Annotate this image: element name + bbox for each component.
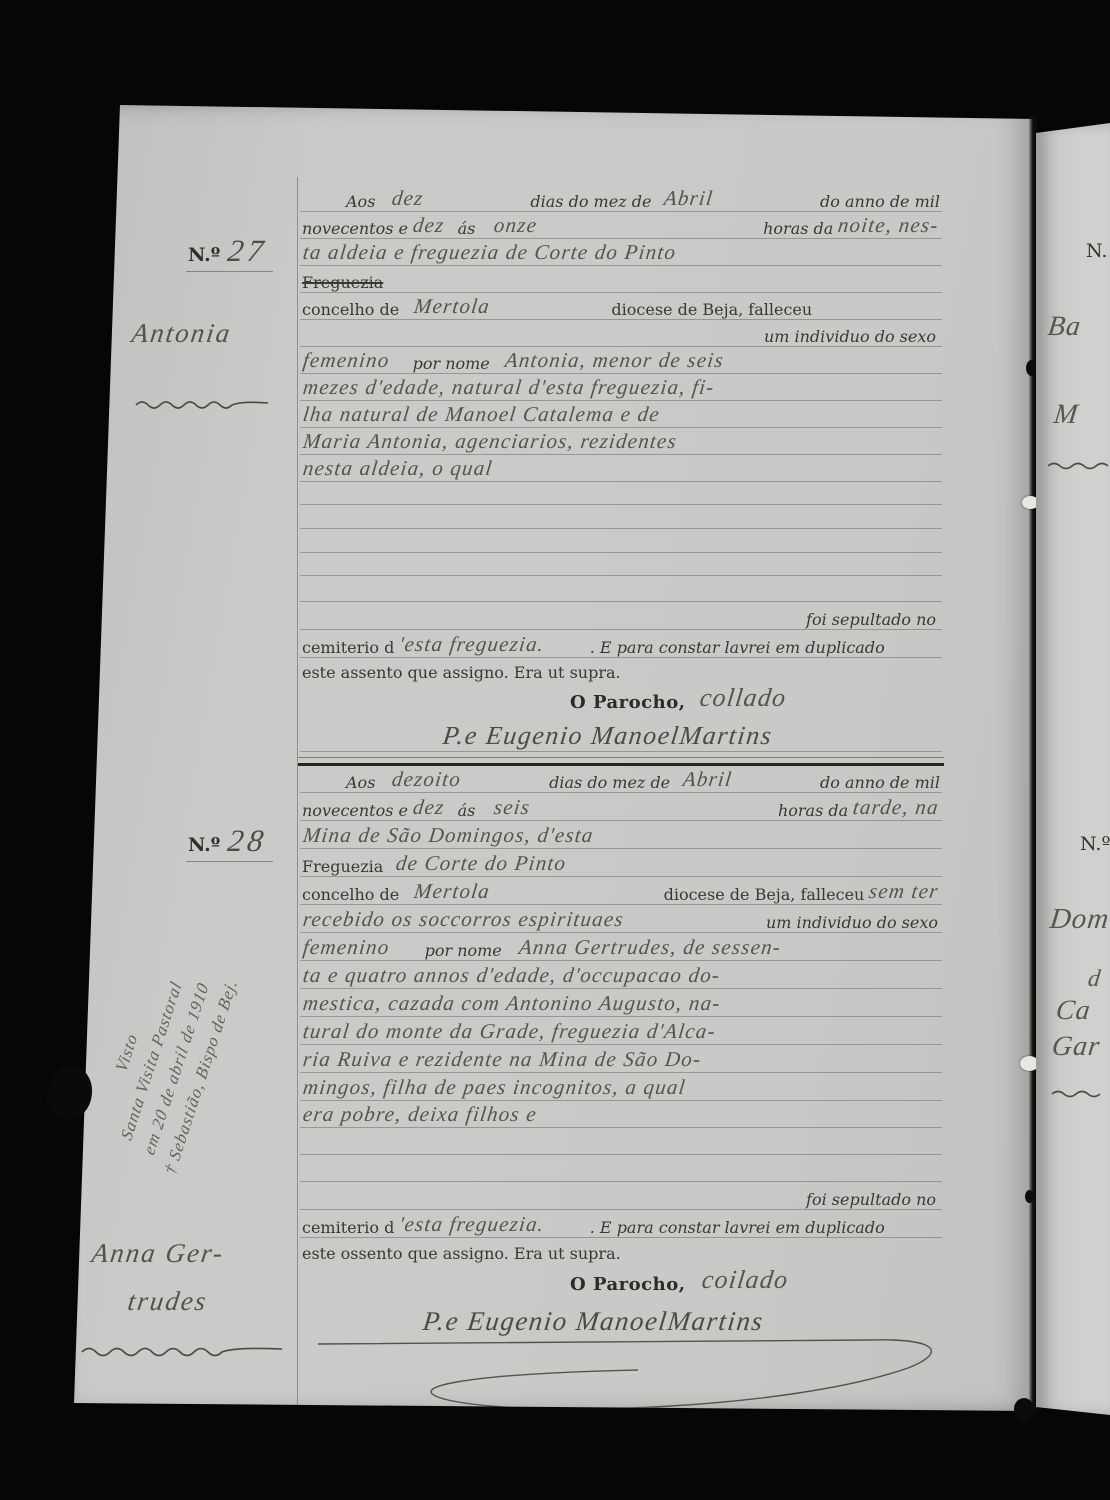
hw-desc4: Maria Antonia, agenciarios, rezidentes (298, 429, 681, 454)
printed-aos: Aos (344, 773, 377, 792)
register-left-page: N.º27 Antonia Aos dez dias do mez de Abr… (68, 105, 1035, 1411)
blank-ruled-line (300, 504, 942, 529)
blank-ruled-line (300, 480, 942, 505)
r27-line-assento: este assento que assigno. Era ut supra. (300, 654, 942, 682)
hw-parocho-note: collado (696, 683, 792, 713)
hw-desc7: era pobre, deixa filhos e (298, 1102, 541, 1127)
hw-month: Abril (679, 767, 737, 792)
margin-rule (297, 177, 298, 1413)
hw-cemiterio: 'esta freguezia. (395, 1212, 549, 1237)
printed-mez: dias do mez de (547, 773, 672, 792)
printed-novecentos: novecentos e (300, 219, 410, 238)
blank-ruled-line (300, 1126, 942, 1155)
r28-line-parocho: O Parocho, coilado (300, 1261, 942, 1295)
printed-freguezia-struck: Freguezia (300, 273, 385, 292)
record28-number: N.º28 (186, 823, 273, 862)
signature-flourish (308, 1330, 948, 1425)
hw-freguezia: de Corte do Pinto (392, 851, 571, 876)
blank-ruled-line (300, 575, 942, 602)
r27-line-place: ta aldeia e freguezia de Corte do Pinto (300, 237, 942, 266)
r28-line-place: Mina de São Domingos, d'esta (300, 820, 942, 849)
hw-desc3: lha natural de Manoel Catalema e de (298, 402, 664, 427)
record-number-label: N.º (188, 244, 220, 266)
margin-name-fragment: Dom (1048, 903, 1110, 936)
r28-line-desc6: mingos, filha de paes incognitos, a qual (300, 1072, 942, 1101)
r28-line-desc7: era pobre, deixa filhos e (300, 1099, 942, 1128)
hw-desc3: mestica, cazada com Antonino Augusto, na… (298, 991, 725, 1016)
hw-hour: onze (490, 213, 542, 238)
printed-parocho: O Parocho, (568, 692, 687, 713)
printed-sexo: um individuo do sexo (764, 913, 942, 932)
hw-hour: seis (490, 795, 535, 820)
hw-day: dez (388, 186, 429, 211)
hw-desc2: ta e quatro annos d'edade, d'occupacao d… (298, 963, 724, 988)
printed-parocho: O Parocho, (568, 1274, 687, 1295)
scanned-register-photo: N.º27 Antonia Aos dez dias do mez de Abr… (0, 0, 1110, 1500)
r27-line-sepultado: foi sepultado no (300, 601, 942, 630)
hw-concelho: Mertola (410, 879, 495, 904)
r27-line-desc4: Maria Antonia, agenciarios, rezidentes (300, 426, 942, 455)
hw-year: dez (408, 795, 449, 820)
r27-line-signature: P.e Eugenio ManoelMartins (300, 713, 942, 752)
r27-line-freguezia: Freguezia (300, 264, 942, 293)
pastoral-visit-margin-note: Visto Santa Visita Pastoral em 20 de abr… (53, 858, 283, 1273)
printed-novecentos: novecentos e (300, 801, 410, 820)
printed-as: ás (456, 801, 478, 820)
record27-number: N.º27 (186, 233, 273, 272)
r28-line-socorros: recebido os soccorros espirituaes um ind… (300, 904, 942, 933)
margin-name-fragment: M (1052, 399, 1080, 431)
r27-line-nome: femenino por nome Antonia, menor de seis (300, 345, 942, 374)
printed-concelho: concelho de (300, 885, 401, 904)
hw-month: Abril (660, 186, 718, 211)
flourish-squiggle (134, 397, 274, 409)
r28-line-assento: este ossento que assigno. Era ut supra. (300, 1235, 942, 1263)
r28-line-hour: novecentos e dez ás seis horas da tarde,… (300, 792, 942, 821)
record28-margin-name-1: Anna Ger- (90, 1238, 227, 1269)
r28-line-desc3: mestica, cazada com Antonino Augusto, na… (300, 988, 942, 1017)
flourish-squiggle (1050, 1087, 1110, 1099)
printed-por-nome: por nome (411, 354, 492, 373)
hw-falleceu-note: sem ter (865, 879, 944, 904)
printed-mez: dias do mez de (528, 192, 653, 211)
r28-line-cemiterio: cemiterio d 'esta freguezia. . E para co… (300, 1209, 942, 1238)
printed-diocese: diocese de Beja, falleceu (609, 300, 814, 319)
record-number-value: 28 (226, 823, 270, 859)
hw-desc1: Anna Gertrudes, de sessen- (514, 935, 785, 960)
printed-anno: do anno de mil (818, 773, 942, 792)
flourish-squiggle (80, 1343, 295, 1357)
binding-stitch (1025, 1190, 1034, 1203)
record28-margin-name-2: trudes (126, 1286, 210, 1317)
printed-concelho: concelho de (300, 300, 401, 319)
hw-desc1: Antonia, menor de seis (500, 348, 728, 373)
r28-line-freguezia: Freguezia de Corte do Pinto (300, 848, 942, 877)
hw-socorros: recebido os soccorros espirituaes (298, 907, 628, 932)
record-number-label: N.º (1080, 833, 1110, 855)
r27-line-concelho: concelho de Mertola diocese de Beja, fal… (300, 291, 942, 320)
hw-period: tarde, na (849, 795, 944, 820)
r27-line-sexo-label: um individuo do sexo (300, 318, 942, 347)
book-binding (1029, 116, 1037, 1414)
r28-line-desc5: ria Ruiva e rezidente na Mina de São Do- (300, 1044, 942, 1073)
hw-day: dezoito (388, 767, 466, 792)
hw-desc5: nesta aldeia, o qual (298, 456, 497, 481)
margin-name-fragment: d (1086, 966, 1102, 993)
hw-period: noite, nes- (834, 213, 944, 238)
hw-desc5: ria Ruiva e rezidente na Mina de São Do- (298, 1047, 705, 1072)
record-number-label: N. (1086, 240, 1107, 262)
hw-desc6: mingos, filha de paes incognitos, a qual (298, 1075, 690, 1100)
printed-sepultado: foi sepultado no (804, 610, 942, 629)
register-right-page: N. Ba M N.º Dom d Ca Gar (1036, 123, 1110, 1415)
r27-line-desc2: mezes d'edade, natural d'esta freguezia,… (300, 372, 942, 401)
r28-line-desc4: tural do monte da Grade, freguezia d'Alc… (300, 1016, 942, 1045)
printed-horas: horas da (761, 219, 835, 238)
printed-horas: horas da (776, 801, 850, 820)
binding-stitch (1026, 360, 1037, 376)
margin-name-fragment: Ba (1046, 311, 1083, 343)
blank-ruled-line (300, 528, 942, 553)
flourish-squiggle (1046, 459, 1110, 471)
printed-sepultado: foi sepultado no (804, 1190, 942, 1209)
printed-as: ás (456, 219, 478, 238)
margin-name-fragment: Ca (1054, 995, 1093, 1027)
r28-line-sepultado: foi sepultado no (300, 1181, 942, 1210)
blank-ruled-line (300, 552, 942, 576)
record-number-value: 27 (226, 233, 270, 269)
r27-line-date: Aos dez dias do mez de Abril do anno de … (300, 183, 942, 212)
record-number-label: N.º (188, 834, 220, 856)
hw-place: Mina de São Domingos, d'esta (298, 823, 598, 848)
record27-margin-name: Antonia (130, 318, 234, 349)
r28-line-date: Aos dezoito dias do mez de Abril do anno… (300, 764, 942, 793)
r28-line-desc2: ta e quatro annos d'edade, d'occupacao d… (300, 960, 942, 989)
hw-desc4: tural do monte da Grade, freguezia d'Alc… (298, 1019, 720, 1044)
r27-line-hour: novecentos e dez ás onze horas da noite,… (300, 210, 942, 239)
hw-parocho-note: coilado (698, 1265, 794, 1295)
blank-ruled-line (300, 1153, 942, 1182)
r27-line-desc5: nesta aldeia, o qual (300, 453, 942, 482)
r28-line-nome: femenino por nome Anna Gertrudes, de ses… (300, 932, 942, 961)
hw-concelho: Mertola (410, 294, 495, 319)
printed-sexo: um individuo do sexo (762, 327, 942, 346)
printed-freguezia: Freguezia (300, 857, 385, 876)
printed-diocese: diocese de Beja, falleceu (662, 885, 867, 904)
priest-signature: P.e Eugenio ManoelMartins (438, 721, 777, 751)
printed-por-nome: por nome (423, 941, 504, 960)
printed-anno: do anno de mil (818, 192, 942, 211)
printed-aos: Aos (344, 192, 377, 211)
hw-desc2: mezes d'edade, natural d'esta freguezia,… (298, 375, 719, 400)
hw-place: ta aldeia e freguezia de Corte do Pinto (298, 240, 680, 265)
hw-year: dez (408, 213, 449, 238)
margin-name-fragment: Gar (1050, 1031, 1102, 1063)
r28-line-concelho: concelho de Mertola diocese de Beja, fal… (300, 876, 942, 905)
hw-sexo: femenino (298, 348, 394, 373)
binding-stitch (1014, 1398, 1034, 1420)
r27-line-desc3: lha natural de Manoel Catalema e de (300, 399, 942, 428)
hw-sexo: femenino (298, 935, 394, 960)
r27-line-parocho: O Parocho, collado (300, 679, 942, 713)
